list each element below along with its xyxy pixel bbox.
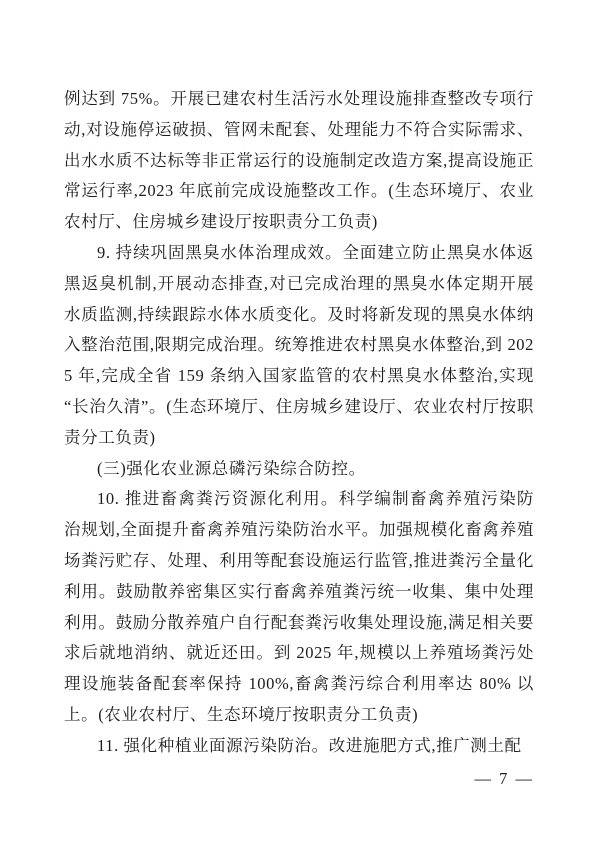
paragraph-11-start: 11. 强化种植业面源污染防治。改进施肥方式,推广测土配	[64, 731, 534, 762]
paragraph-10: 10. 推进畜禽粪污资源化利用。科学编制畜禽养殖污染防治规划,全面提升畜禽养殖污…	[64, 484, 534, 730]
section-heading: (三)强化农业源总磷污染综合防控。	[64, 454, 534, 485]
paragraph-9: 9. 持续巩固黑臭水体治理成效。全面建立防止黑臭水体返黑返臭机制,开展动态排查,…	[64, 238, 534, 454]
paragraph-8-continuation: 例达到 75%。开展已建农村生活污水处理设施排查整改专项行动,对设施停运破损、管…	[64, 84, 534, 238]
page-number: — 7 —	[64, 766, 534, 792]
document-page: 例达到 75%。开展已建农村生活污水处理设施排查整改专项行动,对设施停运破损、管…	[0, 0, 600, 848]
